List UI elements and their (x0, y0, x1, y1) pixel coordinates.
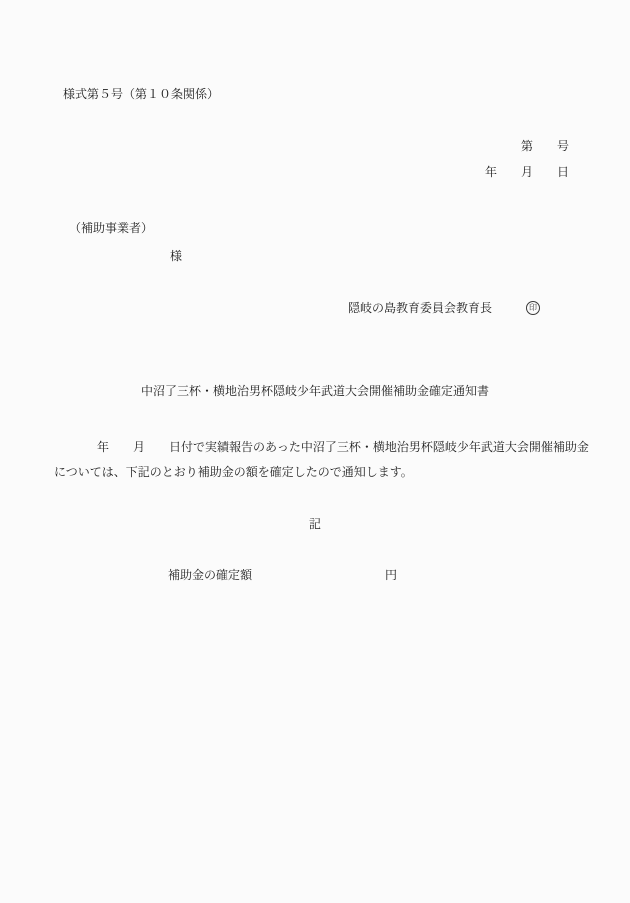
recipient-label: （補助事業者） (69, 221, 153, 235)
document-date-line: 年 月 日 (485, 165, 569, 191)
body-paragraph-line2: については、下記のとおり補助金の額を確定したので通知します。 (54, 465, 413, 479)
recipient-honorific: 様 (170, 249, 182, 263)
amount-label: 補助金の確定額 (168, 568, 252, 582)
document-page: 様式第５号（第１０条関係） 第 号 年 月 日 （補助事業者） 様 隠岐の島教育… (0, 0, 630, 903)
header-number-date-block: 第 号 年 月 日 (485, 139, 569, 191)
sender-row: 隠岐の島教育委員会教育長 印 (348, 301, 540, 315)
seal-icon: 印 (526, 301, 540, 315)
amount-unit: 円 (385, 568, 397, 582)
document-title: 中沼了三杯・横地治男杯隠岐少年武道大会開催補助金確定通知書 (0, 384, 630, 398)
record-marker: 記 (0, 517, 630, 531)
sender-name: 隠岐の島教育委員会教育長 (348, 301, 492, 315)
body-paragraph-line1: 年 月 日付で実績報告のあった中沼了三杯・横地治男杯隠岐少年武道大会開催補助金 (97, 440, 589, 454)
document-number-line: 第 号 (485, 139, 569, 165)
form-number: 様式第５号（第１０条関係） (63, 87, 219, 101)
